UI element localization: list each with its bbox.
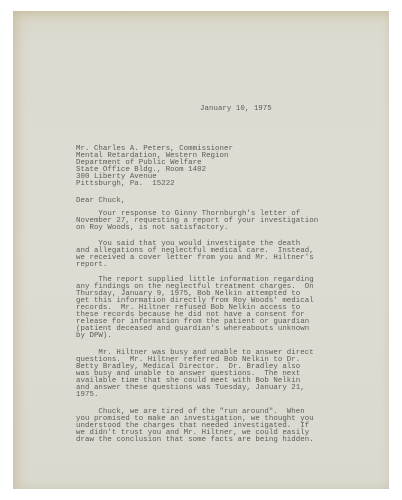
paragraph-line: by DPW).	[76, 332, 112, 340]
paragraph-line: report.	[76, 261, 107, 269]
letter-date: January 10, 1975	[200, 105, 272, 113]
paragraph-line: on Roy Woods, is not satisfactory.	[76, 224, 229, 232]
salutation: Dear Chuck,	[76, 197, 125, 205]
paragraph-line: and answer these questions was Tuesday, …	[76, 384, 305, 392]
paragraph-line: we received a cover letter from you and …	[76, 254, 314, 262]
address-line: Pittsburgh, Pa. 15222	[76, 180, 175, 188]
paragraph-line: draw the conclusion that some facts are …	[76, 436, 314, 444]
paragraph-line: 1975.	[76, 391, 98, 399]
